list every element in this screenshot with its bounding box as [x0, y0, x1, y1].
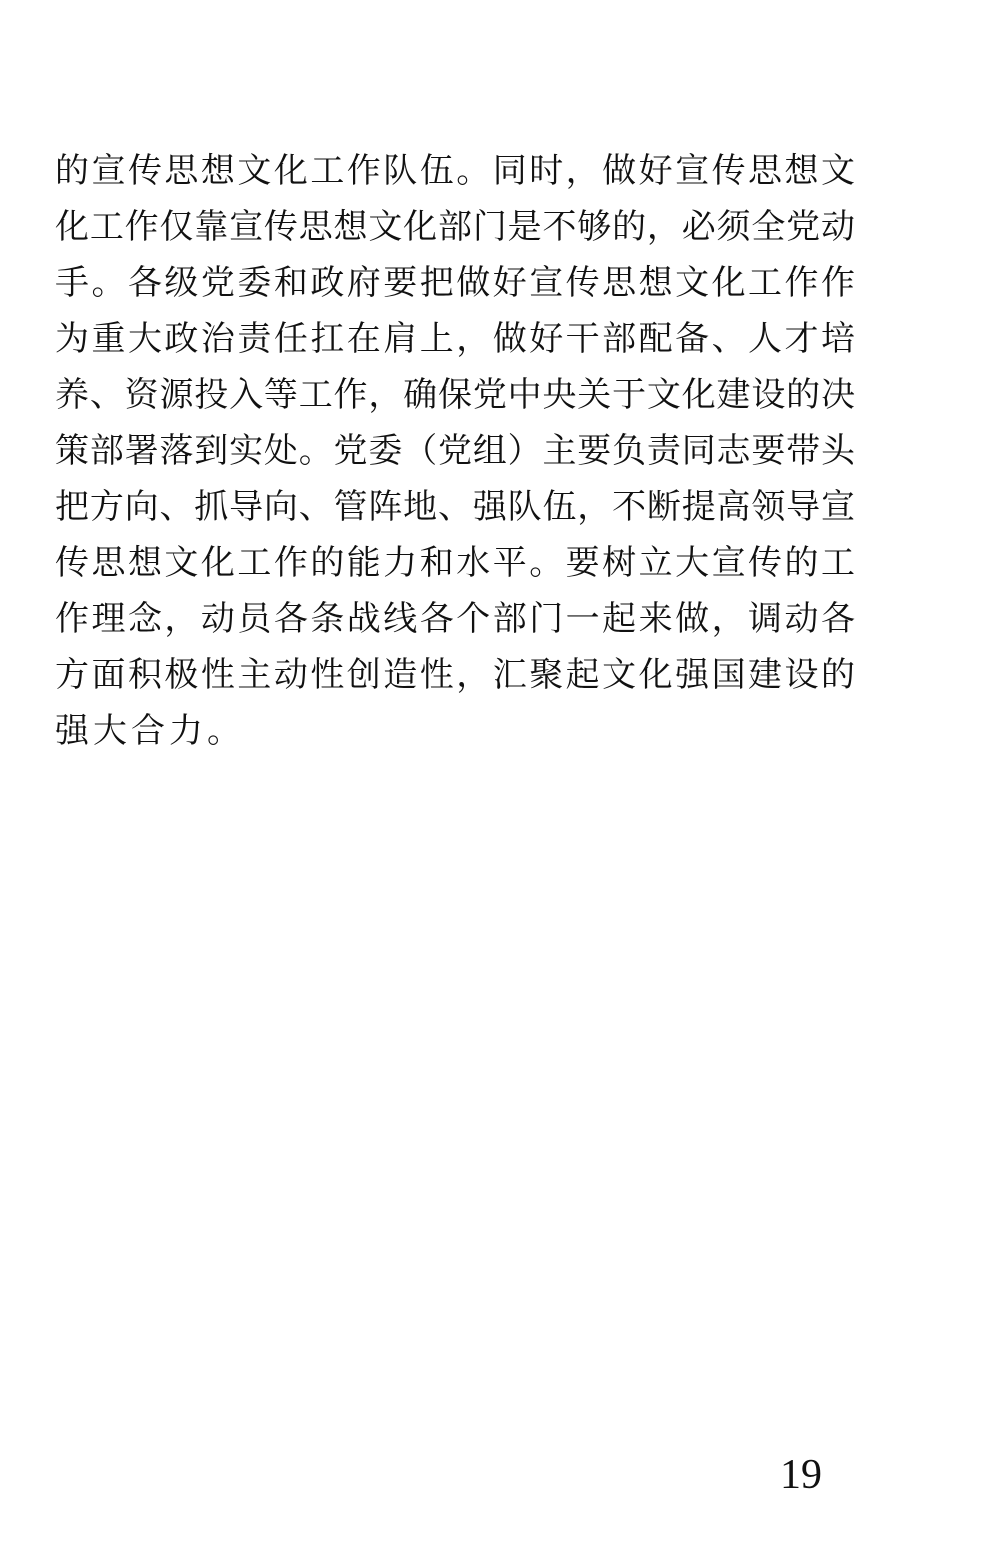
text-line-5: 养、资源投入等工作，确保党中央关于文化建设的决 — [55, 368, 855, 424]
text-line-3: 手。各级党委和政府要把做好宣传思想文化工作作 — [55, 256, 855, 312]
text-line-7: 把方向、抓导向、管阵地、强队伍，不断提高领导宣 — [55, 480, 855, 536]
text-line-10: 方面积极性主动性创造性，汇聚起文化强国建设的 — [55, 648, 855, 704]
body-text: 的宣传思想文化工作队伍。同时，做好宣传思想文 化工作仅靠宣传思想文化部门是不够的… — [55, 144, 855, 760]
text-line-11: 强大合力。 — [55, 704, 855, 760]
text-line-4: 为重大政治责任扛在肩上，做好干部配备、人才培 — [55, 312, 855, 368]
text-line-9: 作理念，动员各条战线各个部门一起来做，调动各 — [55, 592, 855, 648]
text-line-6: 策部署落到实处。党委（党组）主要负责同志要带头 — [55, 424, 855, 480]
text-line-1: 的宣传思想文化工作队伍。同时，做好宣传思想文 — [55, 144, 855, 200]
text-line-2: 化工作仅靠宣传思想文化部门是不够的，必须全党动 — [55, 200, 855, 256]
document-page: 的宣传思想文化工作队伍。同时，做好宣传思想文 化工作仅靠宣传思想文化部门是不够的… — [0, 0, 1000, 1547]
page-number: 19 — [780, 1452, 822, 1498]
text-line-8: 传思想文化工作的能力和水平。要树立大宣传的工 — [55, 536, 855, 592]
